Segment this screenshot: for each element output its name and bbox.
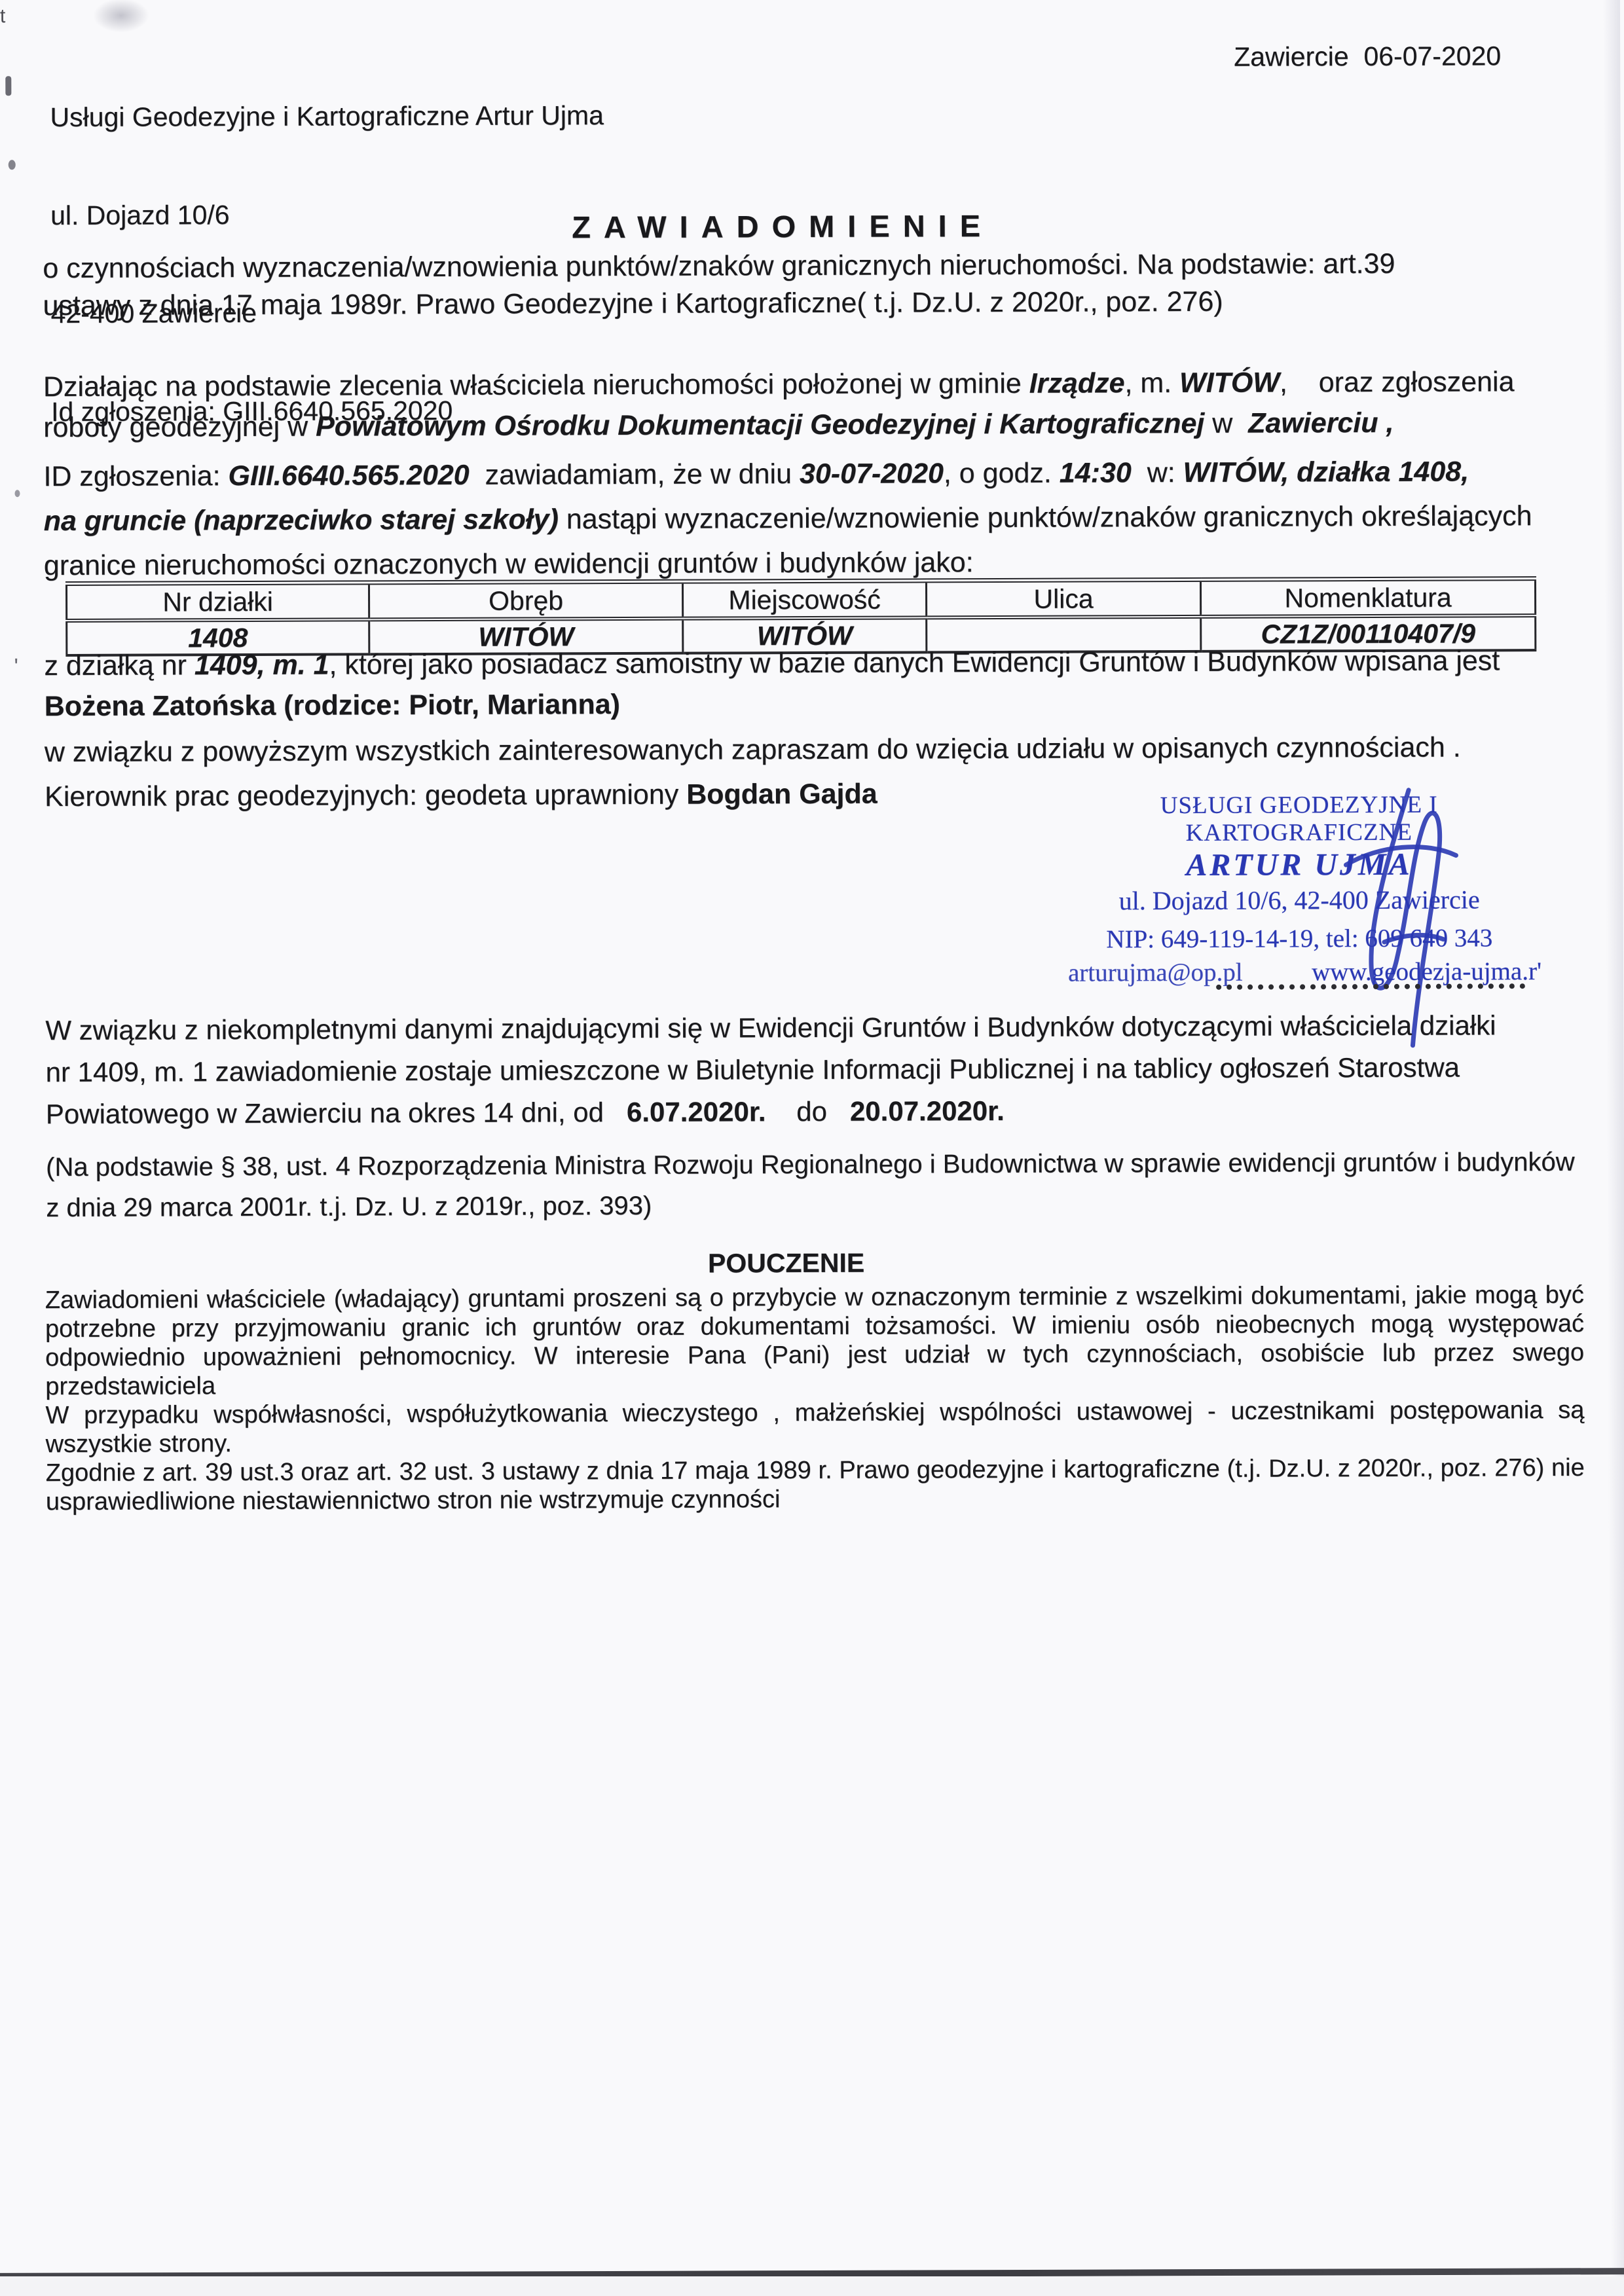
table-header-precinct: Obręb [369, 581, 682, 619]
bip-notice-paragraph: W związku z niekompletnymi danymi znajdu… [45, 1004, 1598, 1135]
owner-paragraph: z działką nr 1409, m. 1, której jako pos… [44, 640, 1596, 727]
table-header-nomenclature: Nomenklatura [1200, 579, 1535, 617]
table-header-parcel-number: Nr działki [66, 583, 369, 621]
scanner-background-strip [0, 2276, 1624, 2296]
pouczenie-paragraph-3: Zgodnie z art. 39 ust.3 oraz art. 32 ust… [46, 1453, 1585, 1516]
pouczenie-heading: POUCZENIE [1, 1245, 1572, 1281]
notification-paragraph: ID zgłoszenia: GIII.6640.565.2020 zawiad… [43, 449, 1596, 588]
signature-dotted-line [1216, 966, 1525, 990]
scanned-document-page: t ' Usługi Geodezyjne i Kartograficzne A… [0, 0, 1624, 2296]
table-header-street: Ulica [926, 579, 1200, 617]
legal-basis-paragraph: (Na podstawie § 38, ust. 4 Rozporządzeni… [46, 1142, 1598, 1228]
scan-dot-artifact [9, 160, 16, 170]
table-header-locality: Miejscowość [682, 581, 926, 619]
document-content: t ' Usługi Geodezyjne i Kartograficzne A… [0, 0, 1624, 2296]
sender-company-name: Usługi Geodezyjne i Kartograficzne Artur… [50, 99, 604, 134]
intro-paragraph: o czynnościach wyznaczenia/wznowienia pu… [43, 245, 1588, 325]
commission-paragraph: Działając na podstawie zlecenia właścici… [43, 361, 1595, 448]
pouczenie-paragraph-1: Zawiadomieni właściciele (władający) gru… [45, 1281, 1585, 1401]
page-title: ZAWIADOMIENIE [0, 206, 1568, 247]
scan-mark-artifact: t [0, 5, 5, 27]
scan-dot-artifact [14, 490, 20, 497]
pouczenie-paragraph-2: W przypadku współwłasności, współużytkow… [45, 1396, 1584, 1459]
pouczenie-section: Zawiadomieni właściciele (władający) gru… [45, 1281, 1585, 1516]
table-header-row: Nr działki Obręb Miejscowość Ulica Nomen… [66, 579, 1535, 621]
invitation-paragraph: w związku z powyższym wszystkich zainter… [45, 727, 1596, 773]
scan-smudge-artifact [93, 0, 149, 33]
scan-tick-artifact [5, 76, 11, 96]
place-date: Zawiercie 06-07-2020 [1234, 35, 1501, 77]
scan-edge-shade [1603, 0, 1624, 2293]
scan-comma-artifact: ' [14, 654, 18, 680]
